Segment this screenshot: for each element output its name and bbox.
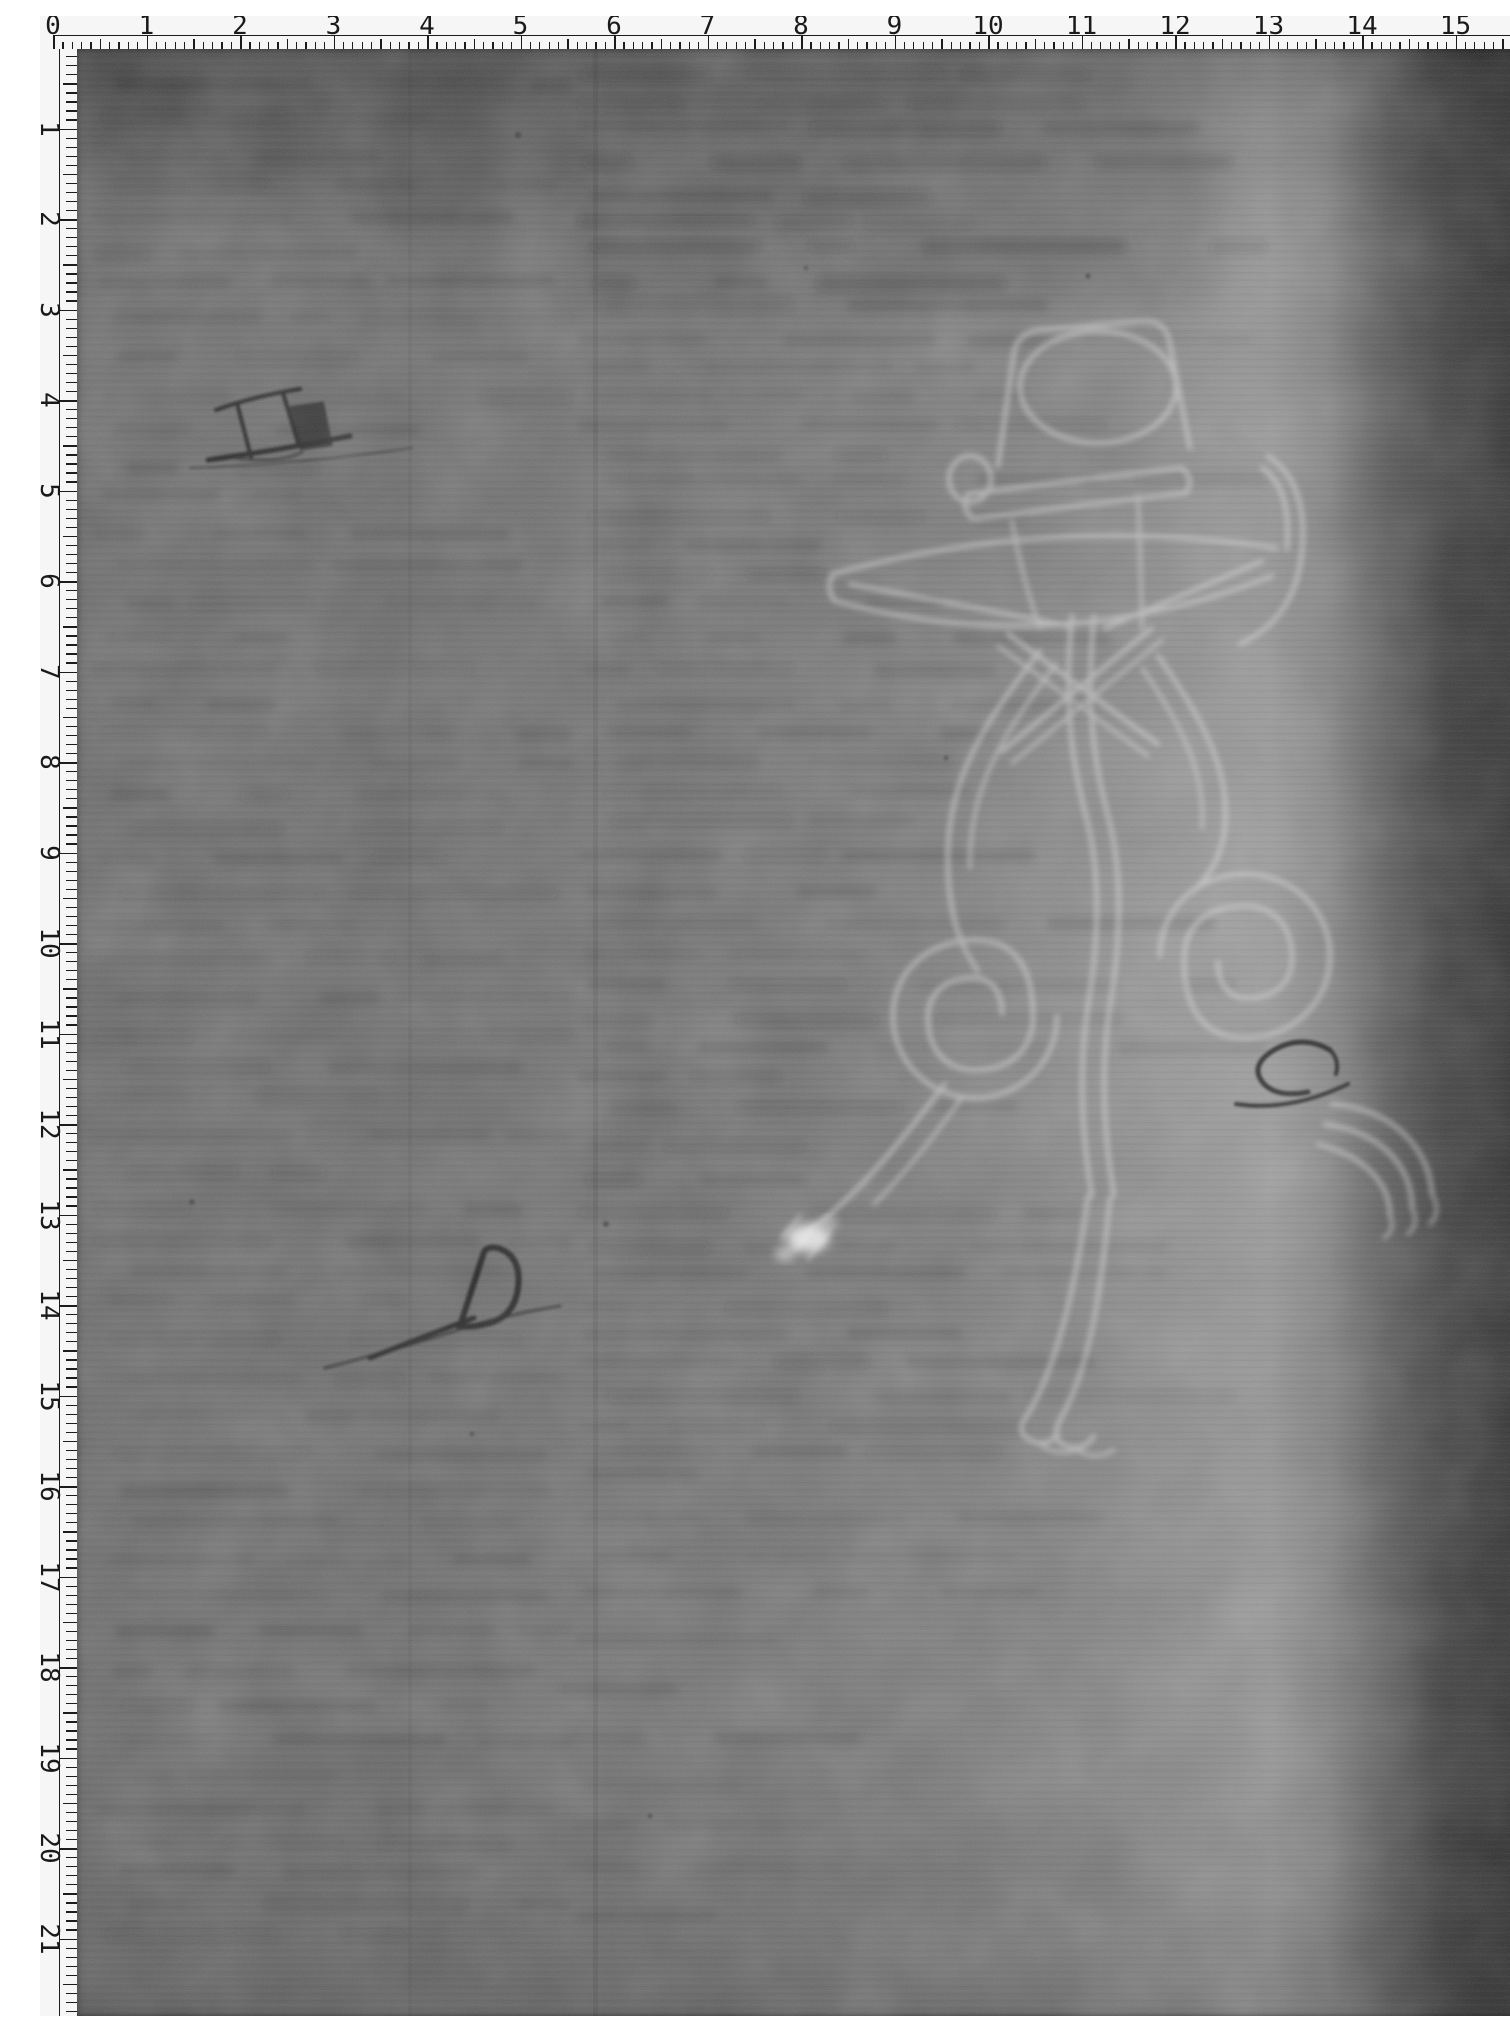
ruler-tick xyxy=(66,1767,77,1768)
ruler-tick xyxy=(63,1712,77,1713)
ruler-tick xyxy=(66,1875,77,1876)
ruler-label: 4 xyxy=(40,384,62,416)
ruler-tick xyxy=(577,42,578,50)
ruler-tick xyxy=(436,42,437,50)
ruler-tick xyxy=(66,1015,77,1016)
ruler-tick xyxy=(633,42,634,50)
ruler-tick xyxy=(100,39,101,49)
ruler-tick xyxy=(66,1631,77,1632)
ruler-tick xyxy=(1138,42,1139,50)
ruler-tick xyxy=(66,1205,77,1206)
ruler-tick xyxy=(979,42,980,50)
ruler-tick xyxy=(679,42,680,50)
ruler-tick xyxy=(66,1721,77,1722)
ruler-label: 11 xyxy=(40,1018,62,1050)
ruler-tick xyxy=(66,635,77,636)
ruler-tick xyxy=(782,42,783,50)
ruler-tick xyxy=(66,1477,77,1478)
ruler-tick xyxy=(66,1043,77,1044)
ruler-tick xyxy=(66,1730,77,1731)
ruler-tick xyxy=(66,328,77,329)
ruler-tick xyxy=(661,39,662,49)
ruler-tick xyxy=(736,42,737,50)
ruler-tick xyxy=(960,42,961,50)
ruler-tick xyxy=(1007,42,1008,50)
ruler-tick xyxy=(530,42,531,50)
ruler-tick xyxy=(857,42,858,50)
ruler-tick xyxy=(380,39,381,49)
ruler-tick xyxy=(66,554,77,555)
ruler-tick xyxy=(66,1450,77,1451)
ruler-tick xyxy=(66,1676,77,1677)
ruler-tick xyxy=(1446,42,1447,50)
ruler-tick xyxy=(184,42,185,50)
ruler-tick xyxy=(838,42,839,50)
ruler-tick xyxy=(66,1957,77,1958)
ruler-tick xyxy=(595,42,596,50)
ruler-tick xyxy=(352,42,353,50)
ruler-tick xyxy=(66,454,77,455)
ruler-tick xyxy=(66,780,77,781)
ruler-tick xyxy=(1194,42,1195,50)
ruler-label: 11 xyxy=(1066,16,1097,39)
ruler-tick xyxy=(1035,39,1036,49)
ruler-tick xyxy=(305,42,306,50)
ruler-tick xyxy=(268,42,269,50)
ruler-tick xyxy=(66,572,77,573)
ruler-tick xyxy=(885,42,886,50)
ruler-tick xyxy=(249,42,250,50)
ruler-label: 1 xyxy=(139,16,155,39)
ruler-tick xyxy=(66,1359,77,1360)
ruler-tick xyxy=(203,42,204,50)
ruler-tick xyxy=(1184,42,1185,50)
ruler-tick xyxy=(66,1459,77,1460)
ruler-tick xyxy=(66,862,77,863)
ruler-tick xyxy=(66,979,77,980)
ruler-tick xyxy=(66,1640,77,1641)
ruler-tick xyxy=(66,1902,77,1903)
ruler-tick xyxy=(66,1993,77,1994)
ruler-tick xyxy=(1343,42,1344,50)
ruler-tick xyxy=(66,110,77,111)
ruler-tick xyxy=(66,1658,77,1659)
ruler-tick xyxy=(1502,39,1503,49)
ruler-tick xyxy=(1390,42,1391,50)
ruler-tick xyxy=(1025,42,1026,50)
ruler-tick xyxy=(66,889,77,890)
ruler-tick xyxy=(66,518,77,519)
ruler-tick xyxy=(63,264,77,265)
ruler-tick xyxy=(408,42,409,50)
ruler-tick xyxy=(66,2002,77,2003)
ruler-tick xyxy=(66,1024,77,1025)
ruler-tick xyxy=(63,355,77,356)
ruler-label: 13 xyxy=(1253,16,1284,39)
ruler-tick xyxy=(66,1224,77,1225)
ruler-tick xyxy=(66,56,77,57)
ruler-tick xyxy=(66,92,77,93)
ruler-tick xyxy=(66,1196,77,1197)
ruler-tick xyxy=(66,1975,77,1976)
ruler-label: 3 xyxy=(40,294,62,326)
ruler-label: 13 xyxy=(40,1199,62,1231)
ruler-tick xyxy=(324,42,325,50)
ruler-tick xyxy=(1371,42,1372,50)
ruler-tick xyxy=(66,255,77,256)
ruler-tick xyxy=(66,1097,77,1098)
ruler-tick xyxy=(66,382,77,383)
ruler-tick xyxy=(66,816,77,817)
ruler-tick xyxy=(259,42,260,50)
manuscript-photo xyxy=(77,49,1510,2016)
ruler-tick xyxy=(66,653,77,654)
ruler-tick xyxy=(66,1423,77,1424)
ruler-tick xyxy=(66,1558,77,1559)
ruler-tick xyxy=(1203,42,1204,50)
ruler-tick xyxy=(66,1857,77,1858)
ruler-tick xyxy=(66,1739,77,1740)
ruler-tick xyxy=(66,472,77,473)
ruler-label: 16 xyxy=(40,1470,62,1502)
ruler-tick xyxy=(66,427,77,428)
ruler-tick xyxy=(1409,39,1410,49)
ruler-tick xyxy=(764,42,765,50)
ruler-tick xyxy=(726,42,727,50)
ruler-tick xyxy=(1418,42,1419,50)
ruler-tick xyxy=(63,1984,77,1985)
ruler-tick xyxy=(66,300,77,301)
ruler-tick xyxy=(66,1522,77,1523)
ruler-tick xyxy=(66,1884,77,1885)
ruler-tick xyxy=(66,699,77,700)
ruler-label: 14 xyxy=(1346,16,1377,39)
ruler-tick xyxy=(1437,42,1438,50)
ruler-tick xyxy=(1315,39,1316,49)
ruler-tick xyxy=(66,65,77,66)
photo-overlay-art xyxy=(77,49,1510,2016)
ruler-tick xyxy=(848,39,849,49)
top-ruler-baseline xyxy=(53,35,1510,36)
ruler-tick xyxy=(1399,42,1400,50)
ruler-tick xyxy=(66,1052,77,1053)
ruler-tick xyxy=(1147,42,1148,50)
ruler-tick xyxy=(66,1839,77,1840)
ruler-tick xyxy=(1484,42,1485,50)
ruler-tick xyxy=(296,42,297,50)
ruler-tick xyxy=(904,42,905,50)
watermark-photograph: 123456789101112131415161718192021 012345… xyxy=(40,16,1510,2016)
ruler-label: 9 xyxy=(40,837,62,869)
ruler-tick xyxy=(66,1613,77,1614)
ruler-tick xyxy=(66,183,77,184)
ruler-tick xyxy=(558,42,559,50)
ruler-tick xyxy=(137,42,138,50)
ruler-label: 12 xyxy=(1159,16,1190,39)
ruler-tick xyxy=(586,42,587,50)
ruler-tick xyxy=(66,1368,77,1369)
ruler-tick xyxy=(474,39,475,49)
ruler-tick xyxy=(66,1966,77,1967)
ruler-tick xyxy=(66,934,77,935)
ruler-tick xyxy=(63,83,77,84)
ruler-tick xyxy=(66,735,77,736)
ruler-tick xyxy=(63,174,77,175)
ruler-tick xyxy=(66,1748,77,1749)
left-ruler: 123456789101112131415161718192021 xyxy=(40,16,77,2016)
ruler-tick xyxy=(63,536,77,537)
ruler-tick xyxy=(876,42,877,50)
ruler-tick xyxy=(66,1495,77,1496)
ruler-tick xyxy=(63,1350,77,1351)
ruler-tick xyxy=(66,1269,77,1270)
ruler-tick xyxy=(66,925,77,926)
ruler-tick xyxy=(1128,39,1129,49)
ruler-tick xyxy=(66,952,77,953)
ruler-tick xyxy=(66,1133,77,1134)
ruler-tick xyxy=(66,364,77,365)
ruler-tick xyxy=(1334,42,1335,50)
ruler-tick xyxy=(66,192,77,193)
ruler-tick xyxy=(66,246,77,247)
ruler-tick xyxy=(66,961,77,962)
ruler-tick xyxy=(277,42,278,50)
ruler-tick xyxy=(866,42,867,50)
ruler-label: 20 xyxy=(40,1832,62,1864)
ruler-tick xyxy=(66,1504,77,1505)
ruler-tick xyxy=(464,42,465,50)
ruler-tick xyxy=(63,807,77,808)
ruler-tick xyxy=(1287,42,1288,50)
ruler-label: 6 xyxy=(606,16,622,39)
ruler-tick xyxy=(193,39,194,49)
ruler-tick xyxy=(1297,42,1298,50)
ruler-tick xyxy=(90,42,91,50)
ruler-tick xyxy=(66,726,77,727)
ruler-tick xyxy=(66,1405,77,1406)
ruler-tick xyxy=(66,1468,77,1469)
ruler-tick xyxy=(446,42,447,50)
ruler-tick xyxy=(63,1441,77,1442)
ruler-tick xyxy=(492,42,493,50)
ruler-tick xyxy=(66,599,77,600)
ruler-tick xyxy=(66,1088,77,1089)
ruler-tick xyxy=(66,1604,77,1605)
ruler-label: 7 xyxy=(700,16,716,39)
ruler-tick xyxy=(1212,42,1213,50)
ruler-tick xyxy=(773,42,774,50)
ruler-tick xyxy=(63,1803,77,1804)
ruler-tick xyxy=(997,42,998,50)
ruler-tick xyxy=(1325,42,1326,50)
ruler-tick xyxy=(66,1830,77,1831)
ruler-tick xyxy=(66,74,77,75)
ruler-tick xyxy=(1119,42,1120,50)
ruler-tick xyxy=(156,42,157,50)
ruler-tick xyxy=(66,1278,77,1279)
ruler-tick xyxy=(62,42,63,50)
ruler-tick xyxy=(287,39,288,49)
ruler-tick xyxy=(820,42,821,50)
ruler-tick xyxy=(66,346,77,347)
ruler-tick xyxy=(66,1567,77,1568)
ruler-tick xyxy=(66,138,77,139)
ruler-label: 15 xyxy=(1440,16,1471,39)
ruler-tick xyxy=(670,42,671,50)
ruler-tick xyxy=(66,1242,77,1243)
ruler-tick xyxy=(66,1160,77,1161)
ruler-tick xyxy=(371,42,372,50)
ruler-tick xyxy=(63,1079,77,1080)
ruler-tick xyxy=(1222,39,1223,49)
ruler-tick xyxy=(1381,42,1382,50)
ruler-tick xyxy=(221,42,222,50)
ruler-tick xyxy=(1091,42,1092,50)
ruler-tick xyxy=(66,1377,77,1378)
ruler-tick xyxy=(66,101,77,102)
ruler-label: 9 xyxy=(887,16,903,39)
ruler-label: 7 xyxy=(40,656,62,688)
ruler-tick xyxy=(66,1794,77,1795)
ruler-tick xyxy=(63,1531,77,1532)
ruler-tick xyxy=(932,42,933,50)
ruler-label: 2 xyxy=(40,203,62,235)
ruler-label: 8 xyxy=(40,746,62,778)
ruler-label: 8 xyxy=(793,16,809,39)
ruler-tick xyxy=(66,1513,77,1514)
ruler-tick xyxy=(66,373,77,374)
ruler-tick xyxy=(66,1178,77,1179)
ruler-tick xyxy=(66,210,77,211)
ruler-tick xyxy=(66,165,77,166)
ruler-tick xyxy=(1044,42,1045,50)
ruler-label: 10 xyxy=(40,927,62,959)
ruler-label: 17 xyxy=(40,1561,62,1593)
ruler-label: 19 xyxy=(40,1742,62,1774)
ruler-tick xyxy=(128,42,129,50)
ruler-tick xyxy=(1240,42,1241,50)
ruler-tick xyxy=(66,1595,77,1596)
ruler-tick xyxy=(717,42,718,50)
ruler-tick xyxy=(66,1341,77,1342)
ruler-tick xyxy=(66,391,77,392)
ruler-tick xyxy=(66,1061,77,1062)
ruler-tick xyxy=(754,39,755,49)
ruler-tick xyxy=(66,563,77,564)
ruler-tick xyxy=(810,42,811,50)
ruler-tick xyxy=(66,871,77,872)
ruler-tick xyxy=(66,1296,77,1297)
ruler-tick xyxy=(81,42,82,50)
ruler-tick xyxy=(66,1911,77,1912)
ruler-tick xyxy=(66,608,77,609)
ruler-tick xyxy=(1427,42,1428,50)
ruler-label: 2 xyxy=(232,16,248,39)
ruler-tick xyxy=(66,156,77,157)
ruler-tick xyxy=(66,789,77,790)
ruler-tick xyxy=(66,662,77,663)
ruler-tick xyxy=(315,42,316,50)
ruler-tick xyxy=(66,1540,77,1541)
ruler-tick xyxy=(941,39,942,49)
ruler-tick xyxy=(66,1115,77,1116)
ruler-tick xyxy=(502,42,503,50)
ruler-tick xyxy=(66,1685,77,1686)
ruler-tick xyxy=(66,1414,77,1415)
ruler-tick xyxy=(66,753,77,754)
ruler-tick xyxy=(66,708,77,709)
ruler-label: 6 xyxy=(40,565,62,597)
ruler-tick xyxy=(539,42,540,50)
ruler-tick xyxy=(66,1287,77,1288)
ruler-tick xyxy=(1231,42,1232,50)
ruler-label: 5 xyxy=(513,16,529,39)
ruler-tick xyxy=(689,42,690,50)
ruler-tick xyxy=(66,1314,77,1315)
ruler-tick xyxy=(63,988,77,989)
ruler-tick xyxy=(66,1948,77,1949)
ruler-tick xyxy=(118,42,119,50)
ruler-tick xyxy=(66,282,77,283)
ruler-tick xyxy=(66,744,77,745)
ruler-tick xyxy=(1493,42,1494,50)
ruler-tick xyxy=(343,42,344,50)
ruler-label: 1 xyxy=(40,113,62,145)
ruler-label: 0 xyxy=(45,16,61,39)
ruler-tick xyxy=(362,42,363,50)
ruler-tick xyxy=(66,1106,77,1107)
ruler-label: 3 xyxy=(326,16,342,39)
ruler-tick xyxy=(66,1323,77,1324)
ruler-tick xyxy=(1156,42,1157,50)
ruler-tick xyxy=(1278,42,1279,50)
ruler-tick xyxy=(642,42,643,50)
ruler-tick xyxy=(66,147,77,148)
ruler-tick xyxy=(63,1260,77,1261)
ruler-tick xyxy=(66,500,77,501)
ruler-tick xyxy=(66,1386,77,1387)
ruler-tick xyxy=(66,644,77,645)
ruler-tick xyxy=(66,1785,77,1786)
ruler-tick xyxy=(66,1151,77,1152)
ruler-label: 10 xyxy=(972,16,1003,39)
ruler-tick xyxy=(66,228,77,229)
ruler-tick xyxy=(66,1006,77,1007)
ruler-tick xyxy=(829,42,830,50)
ruler-tick xyxy=(66,907,77,908)
ruler-tick xyxy=(66,1251,77,1252)
ruler-tick xyxy=(66,1776,77,1777)
ruler-tick xyxy=(66,681,77,682)
ruler-tick xyxy=(66,970,77,971)
ruler-tick xyxy=(969,42,970,50)
ruler-tick xyxy=(66,436,77,437)
ruler-tick xyxy=(66,834,77,835)
ruler-tick xyxy=(66,273,77,274)
ruler-tick xyxy=(66,409,77,410)
ruler-tick xyxy=(63,1622,77,1623)
ruler-tick xyxy=(1053,42,1054,50)
ruler-tick xyxy=(66,997,77,998)
ruler-tick xyxy=(1250,42,1251,50)
ruler-tick xyxy=(66,916,77,917)
ruler-tick xyxy=(66,771,77,772)
ruler-tick xyxy=(418,42,419,50)
ruler-tick xyxy=(1166,42,1167,50)
ruler-tick xyxy=(66,825,77,826)
ruler-tick xyxy=(72,42,73,50)
ruler-tick xyxy=(175,42,176,50)
